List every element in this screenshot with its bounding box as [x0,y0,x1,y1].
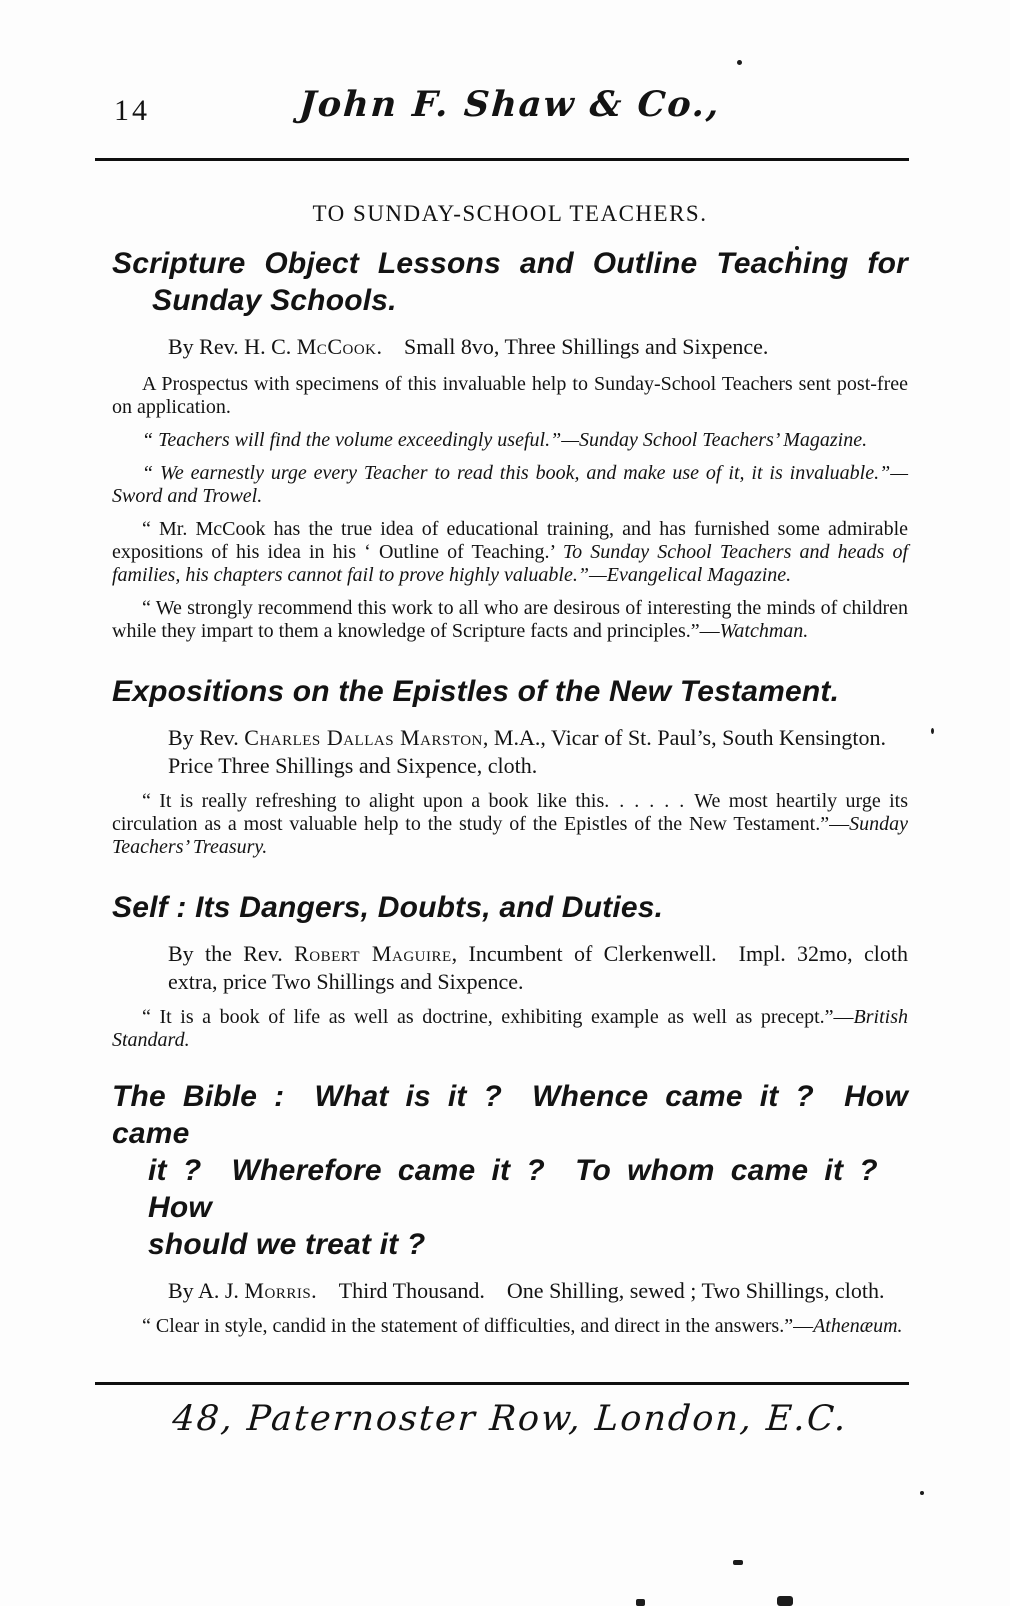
scan-speck [777,1596,793,1606]
review-quote: “ Clear in style, candid in the statemen… [142,1315,813,1337]
book-title-line: Self : Its Dangers, Doubts, and Duties. [112,889,908,926]
byline-suffix: . Third Thousand. One Shilling, sewed ; … [311,1278,884,1303]
byline-suffix: . Small 8vo, Three Shillings and Sixpenc… [377,334,769,359]
author-name: Morris [244,1278,311,1303]
review-quote: “ It is really refreshing to alight upon… [112,790,908,835]
book-title-line: Expositions on the Epistles of the New T… [112,673,908,710]
book-title: Self : Its Dangers, Doubts, and Duties. [112,889,908,926]
review-quote: “ It is a book of life as well as doctri… [142,1006,854,1028]
review-paragraph: “ Clear in style, candid in the statemen… [112,1315,908,1338]
page-header: 14 John F. Shaw & Co., [112,84,908,136]
book-byline: By A. J. Morris. Third Thousand. One Shi… [168,1277,908,1305]
review-paragraph: “ Mr. McCook has the true idea of educat… [112,518,908,587]
review-source: Athenæum. [813,1315,902,1337]
review-paragraph: “ Teachers will find the volume exceedin… [112,429,908,452]
review-paragraph: “ It is really refreshing to alight upon… [112,790,908,859]
review-paragraph: “ We earnestly urge every Teacher to rea… [112,462,908,508]
book-title-line: should we treat it ? [112,1226,908,1263]
review-source: Evangelical Magazine. [607,564,791,586]
scan-speck [737,60,742,65]
scan-speck [636,1599,645,1606]
review-paragraph: “ We strongly recommend this work to all… [112,597,908,643]
book-title-line: The Bible : What is it ? Whence came it … [112,1078,908,1152]
publisher-name: John F. Shaw & Co., [111,84,910,125]
book-byline: By the Rev. Robert Maguire, Incumbent of… [168,940,908,996]
section-heading: TO SUNDAY-SCHOOL TEACHERS. [112,201,908,227]
book-title-line: Sunday Schools. [112,282,908,319]
byline-prefix: By A. J. [168,1278,244,1303]
scan-speck [931,728,934,734]
book-title: The Bible : What is it ? Whence came it … [112,1078,908,1263]
book-entry-self-dangers: Self : Its Dangers, Doubts, and Duties. … [112,889,908,1052]
book-title: Scripture Object Lessons and Outline Tea… [112,245,908,319]
prospectus-note: A Prospectus with specimens of this inva… [112,373,908,419]
catalog-page: 14 John F. Shaw & Co., TO SUNDAY-SCHOOL … [0,0,1010,1606]
author-name: McCook [297,334,377,359]
book-title-line: Scripture Object Lessons and Outline Tea… [112,245,908,282]
book-title-line: it ? Wherefore came it ? To whom came it… [112,1152,908,1226]
book-entry-expositions-epistles: Expositions on the Epistles of the New T… [112,673,908,859]
page-content: 14 John F. Shaw & Co., TO SUNDAY-SCHOOL … [112,0,908,1439]
author-name: Robert Maguire [294,941,452,966]
review-quote: “ Teachers will find the volume exceedin… [142,429,579,451]
byline-prefix: By Rev. [168,725,244,750]
byline-prefix: By Rev. H. C. [168,334,297,359]
book-byline: By Rev. Charles Dallas Marston, M.A., Vi… [168,724,908,780]
review-quote: “ We earnestly urge every Teacher to rea… [142,462,908,484]
book-byline: By Rev. H. C. McCook. Small 8vo, Three S… [168,333,908,361]
footer-address: 48, Paternoster Row, London, E.C. [111,1399,910,1439]
scan-speck [920,1491,924,1495]
byline-prefix: By the Rev. [168,941,294,966]
review-source: Sunday School Teachers’ Magazine. [579,429,867,451]
scan-speck [795,246,799,250]
book-entry-scripture-object-lessons: Scripture Object Lessons and Outline Tea… [112,245,908,643]
book-title: Expositions on the Epistles of the New T… [112,673,908,710]
book-entry-the-bible: The Bible : What is it ? Whence came it … [112,1078,908,1338]
author-name: Charles Dallas Marston [244,725,483,750]
review-source: Watchman. [720,620,809,642]
scan-speck [733,1560,743,1565]
footer-rule [95,1382,909,1385]
review-source: Sword and Trowel. [112,485,262,507]
review-paragraph: “ It is a book of life as well as doctri… [112,1006,908,1052]
header-rule [95,158,909,161]
